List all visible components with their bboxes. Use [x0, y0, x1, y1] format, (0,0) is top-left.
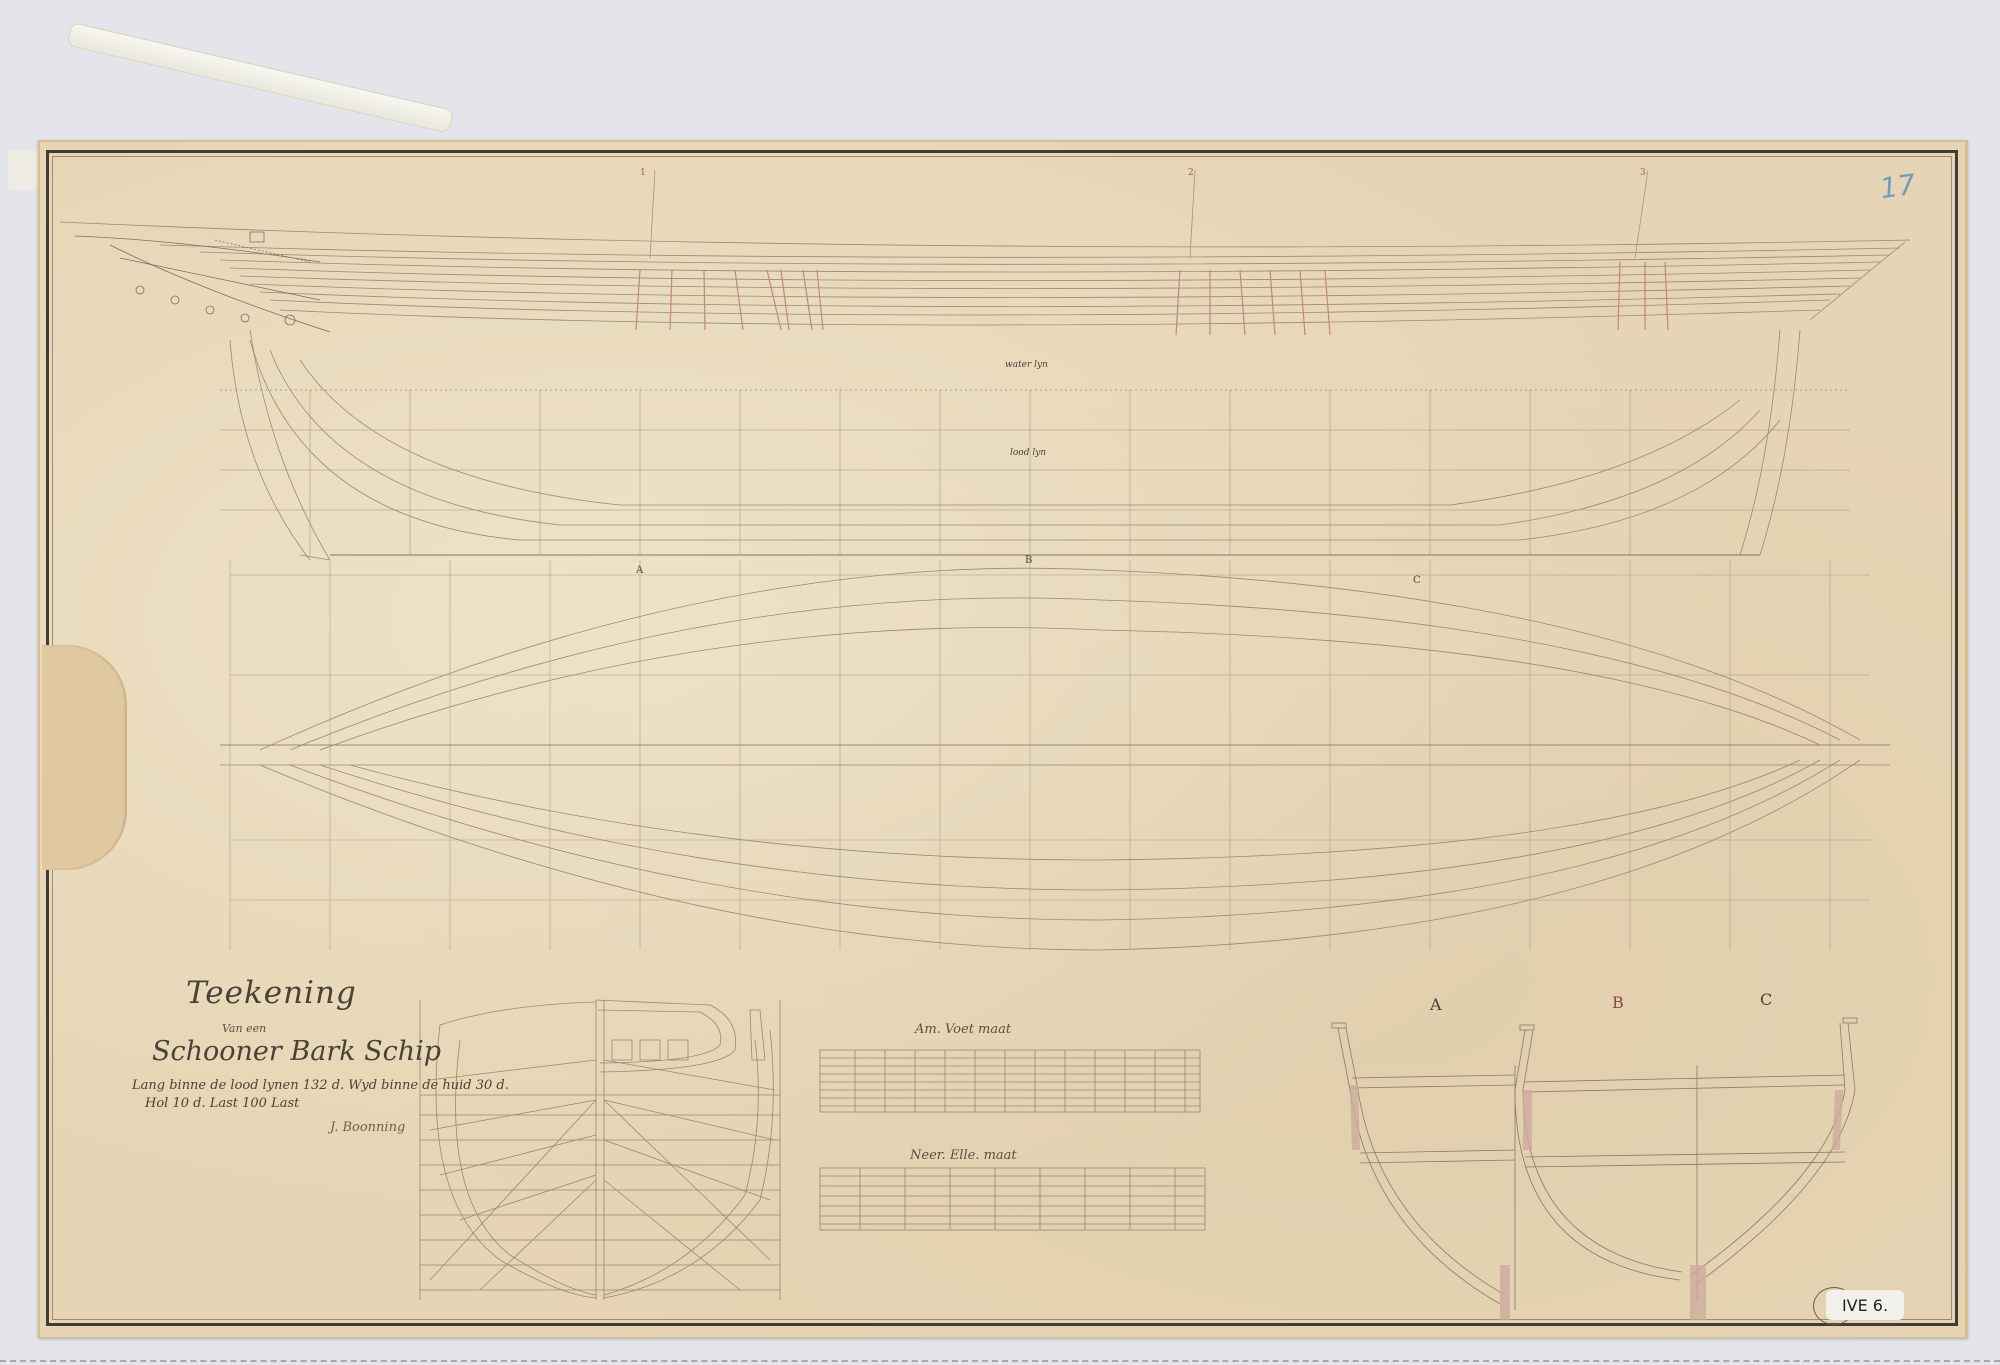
scan-edge-marker — [0, 1360, 2000, 1362]
half-breadth-plan — [220, 560, 1890, 950]
figurehead-carving — [75, 232, 330, 332]
drawing-title: Teekening — [186, 975, 357, 1011]
mast-tag-fore: 1 — [640, 168, 646, 178]
waterline-note: water lyn — [1005, 360, 1048, 370]
drawing-subtitle: Van een — [222, 1022, 266, 1035]
capacity-spec-line: Hol 10 d. Last 100 Last — [145, 1096, 299, 1111]
midship-sections — [1332, 1018, 1857, 1310]
station-marker-c: C — [1413, 575, 1421, 586]
mast-tag-mizzen: 3 — [1640, 168, 1646, 178]
scale-bar-ells — [820, 1168, 1205, 1230]
sheet-number: 17 — [1878, 168, 1918, 206]
station-marker-a: A — [636, 565, 643, 576]
sheer-plan — [60, 170, 1910, 560]
loadline-note: lood lyn — [1010, 448, 1046, 458]
scale-label-feet: Am. Voet maat — [915, 1022, 1011, 1037]
mast-tag-main: 2 — [1188, 168, 1194, 178]
draughtsman-signature: J. Boonning — [330, 1120, 405, 1135]
section-label-c: C — [1760, 990, 1772, 1009]
scale-bar-feet — [820, 1050, 1200, 1112]
section-timber-fills — [1350, 1085, 1843, 1320]
archive-catalog-label: IVE 6. — [1826, 1290, 1904, 1320]
station-marker-b: B — [1025, 555, 1032, 566]
section-label-a: A — [1430, 995, 1442, 1014]
ship-type-heading: Schooner Bark Schip — [152, 1036, 441, 1067]
scale-label-ells: Neer. Elle. maat — [910, 1148, 1017, 1163]
body-plan — [420, 1000, 780, 1300]
section-label-b: B — [1612, 993, 1624, 1012]
dimension-spec-line: Lang binne de lood lynen 132 d. Wyd binn… — [132, 1078, 509, 1093]
